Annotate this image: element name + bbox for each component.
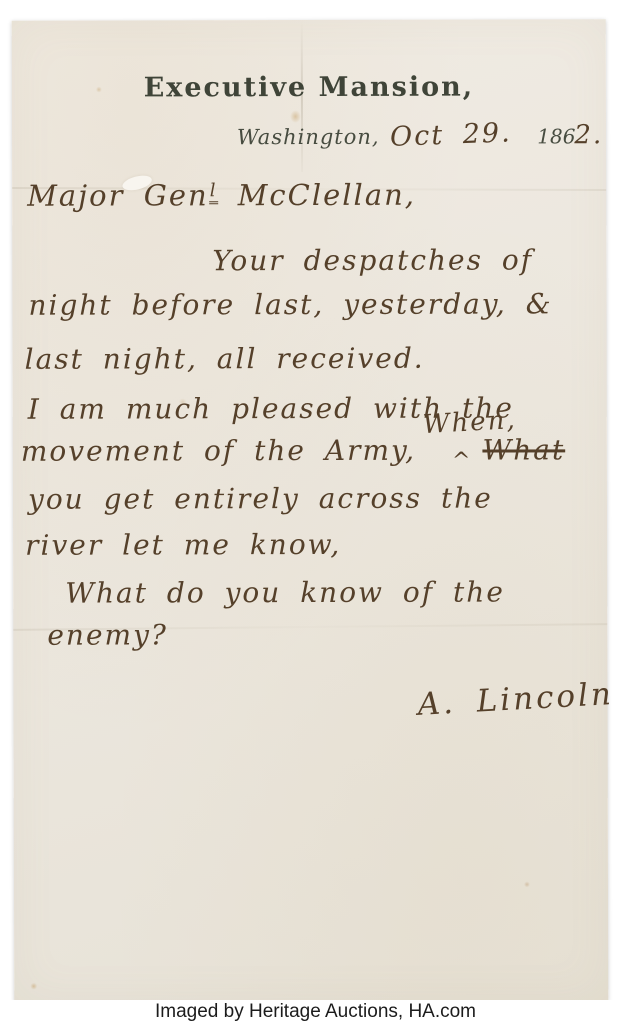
footer-credit-bar: Imaged by Heritage Auctions, HA.com (0, 1000, 631, 1024)
letter-line: river let me know, (25, 528, 341, 562)
letter-line: enemy? (47, 618, 168, 651)
letterhead-dateline: Washington,Oct 29.1862. (237, 119, 603, 151)
struck-word: What (482, 433, 565, 466)
footer-credit: Imaged by Heritage Auctions, HA.com (155, 1001, 476, 1023)
salutation-rest: McClellan, (218, 178, 416, 213)
salutation-superscript: l (209, 180, 219, 204)
letter-line: last night, all received. (25, 342, 425, 376)
letter-line-prefix: movement of the Army, (21, 434, 416, 468)
letterhead-city: Washington, (237, 125, 380, 149)
letter-line-opening: Your despatches of (212, 243, 533, 277)
salutation-main: Major Gen (27, 178, 209, 212)
letter-line-with-correction: movement of the Army,^What When, (21, 433, 565, 467)
date-handwritten: Oct 29. (389, 117, 512, 153)
salutation: Major Genl McClellan, (27, 178, 416, 213)
letter-line: you get entirely across the (28, 482, 493, 516)
letter-line: What do you know of the (65, 575, 505, 609)
year-handwritten: 2. (574, 120, 603, 150)
inserted-word: When, (422, 405, 517, 440)
letter-paper: Executive Mansion, Washington,Oct 29.186… (12, 19, 609, 1002)
insertion-caret: ^ (452, 449, 473, 474)
signature: A. Lincoln (417, 676, 615, 723)
letter-line: night before last, yesterday, & (28, 287, 552, 321)
letterhead-year-printed: 186 (537, 124, 575, 148)
paper-stain (30, 983, 37, 990)
letterhead-title: Executive Mansion, (12, 71, 606, 104)
paper-stain (524, 881, 530, 887)
